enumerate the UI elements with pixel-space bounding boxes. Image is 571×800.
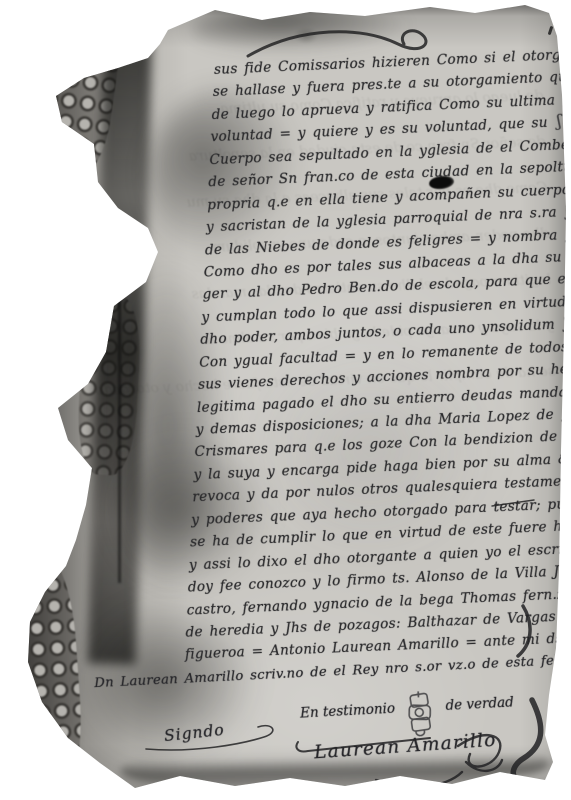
signature-underline-swash (376, 772, 462, 787)
burnt-lace-mid-left (75, 294, 142, 477)
attestation-left: En testimonio (300, 701, 396, 722)
attestation-right: de verdad (445, 694, 514, 714)
signed-abbreviation: Signdo (163, 721, 225, 745)
manuscript-text-block: sus fide Comissarios hizieren Como si el… (148, 43, 571, 666)
attestation-row: En testimonio de verdad (299, 686, 514, 729)
manuscript-scan: de luego lo aprueva y ratifica Como su u… (0, 0, 571, 800)
parchment-sheet: de luego lo aprueva y ratifica Como su u… (0, 0, 571, 800)
burnt-lace-bottom-left (4, 553, 86, 792)
corner-pen-tick (548, 26, 554, 35)
burnt-lace-top-left (31, 4, 126, 182)
bold-terminal-stroke (513, 700, 540, 782)
folio-smudge (294, 27, 318, 44)
